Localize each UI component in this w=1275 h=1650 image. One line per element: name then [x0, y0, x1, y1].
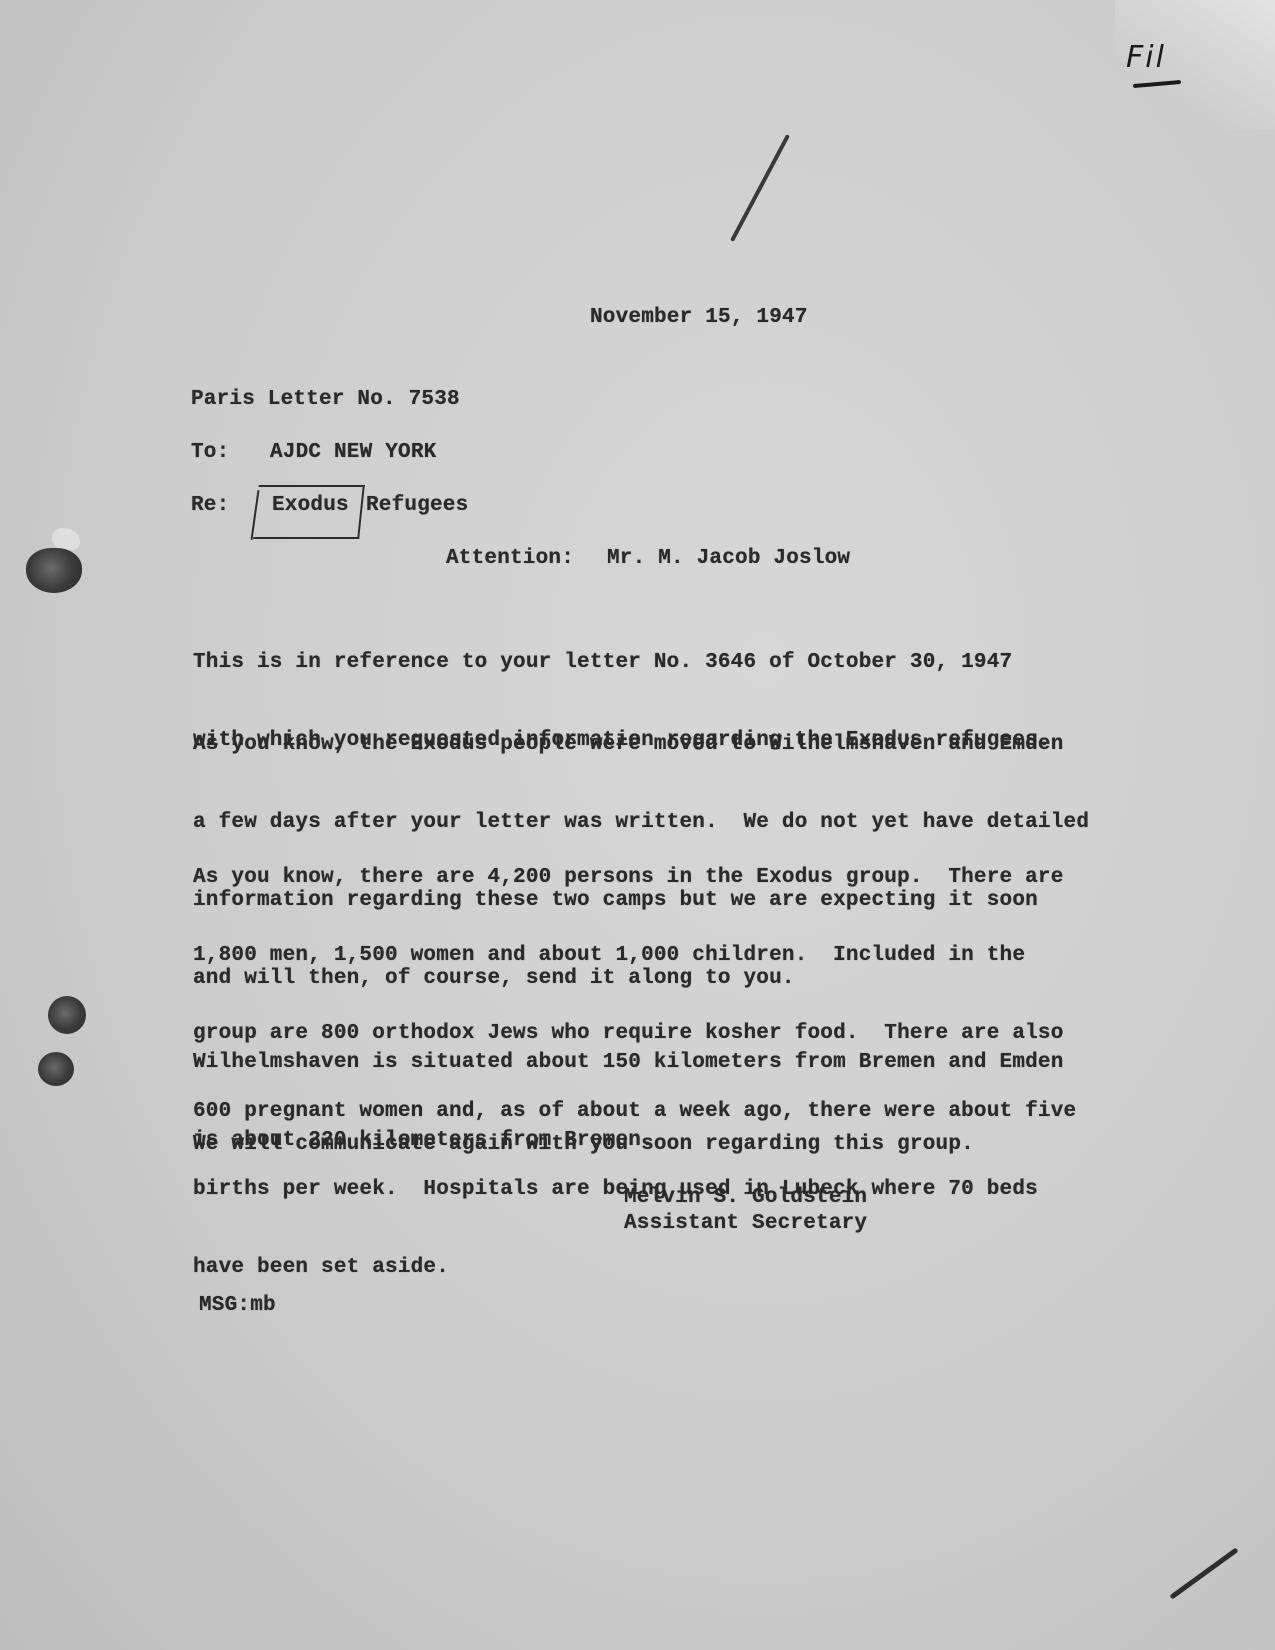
punch-hole-icon [38, 1052, 74, 1086]
punch-hole-icon [48, 996, 86, 1034]
punch-hole-icon [26, 548, 82, 593]
attention-label: Attention: [446, 546, 574, 572]
pen-check-stroke-bottom [1169, 1547, 1238, 1599]
letter-date: November 15, 1947 [590, 305, 808, 331]
paper-tear [52, 528, 80, 550]
re-label: Re: [191, 493, 229, 519]
to-value: AJDC NEW YORK [270, 440, 436, 466]
letter-number: Paris Letter No. 7538 [191, 387, 460, 413]
to-label: To: [191, 440, 229, 466]
re-subject-rest: Refugees [366, 493, 468, 519]
body-line: Wilhelmshaven is situated about 150 kilo… [193, 1050, 1064, 1076]
body-line: This is in reference to your letter No. … [193, 650, 1051, 676]
body-line: We will communicate again with you soon … [193, 1132, 974, 1158]
pen-check-stroke-top [730, 134, 790, 242]
body-line: have been set aside. [193, 1255, 1076, 1281]
attention-value: Mr. M. Jacob Joslow [607, 546, 850, 572]
scanned-letter-page: Fil November 15, 1947 Paris Letter No. 7… [0, 0, 1275, 1650]
re-boxed-word: Exodus [272, 493, 349, 519]
handwritten-file-mark: Fil [1126, 40, 1166, 75]
reference-initials: MSG:mb [199, 1293, 276, 1319]
body-line: As you know, there are 4,200 persons in … [193, 865, 1076, 891]
body-line: As you know, the Exodus people were move… [193, 732, 1089, 758]
body-line: 1,800 men, 1,500 women and about 1,000 c… [193, 943, 1076, 969]
signature-title: Assistant Secretary [624, 1211, 867, 1237]
signature-name: Melvin S. Goldstein [624, 1185, 867, 1211]
